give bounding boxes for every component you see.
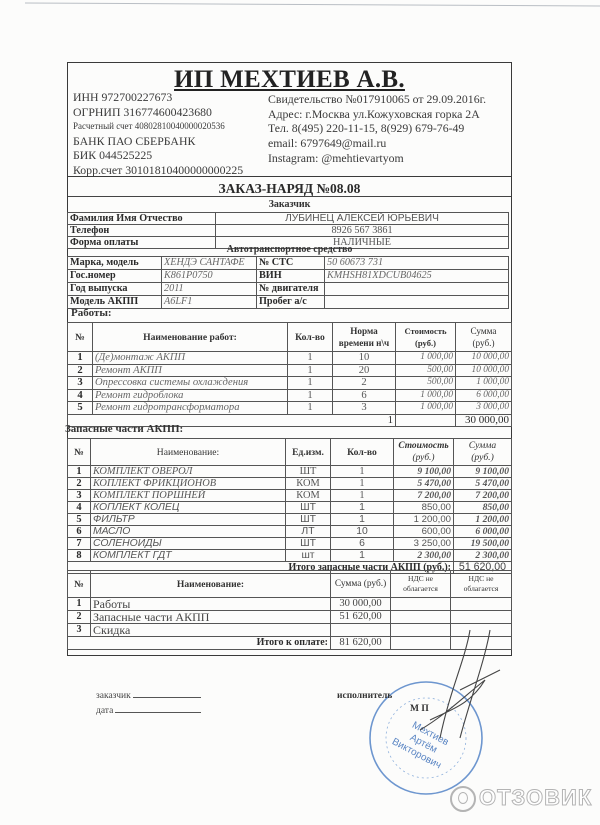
table-row: Фамилия Имя Отчество ЛУБИНЕЦ АЛЕКСЕЙ ЮРЬ…	[68, 213, 509, 225]
table-row: 1КОМПЛЕКТ ОВЕРОЛШТ19 100,009 100,00	[68, 466, 512, 478]
col-sum: Сумма(руб.)	[456, 323, 512, 352]
row-num: 4	[68, 502, 91, 514]
customer-phone-value: 8926 567 3861	[216, 225, 509, 237]
bik: БИК 044525225	[73, 148, 243, 163]
part-qty: 1	[331, 550, 394, 562]
part-cost: 1 200,00	[394, 514, 454, 526]
summary-item-sum	[331, 624, 391, 637]
summary-total-label: Итого к оплате:	[68, 637, 331, 650]
part-sum: 850,00	[454, 502, 512, 514]
col-num: №	[68, 571, 91, 598]
company-requisites: ИНН 972700227673 ОГРНИП 316774600423680 …	[73, 90, 243, 178]
vin-value: KMHSH81XDCUB04625	[325, 270, 509, 283]
row-num: 2	[68, 478, 91, 490]
work-qty: 1	[288, 364, 333, 377]
col-cost: Стоимость(руб.)	[394, 439, 454, 466]
instagram: Instagram: @mehtievartyom	[268, 151, 486, 166]
summary-total: 81 620,00	[331, 637, 391, 650]
col-unit: Ед.изм.	[286, 439, 331, 466]
work-qty: 1	[288, 402, 333, 415]
part-name: КОМПЛЕКТ ГДТ	[91, 550, 286, 562]
company-header: ИП МЕХТИЕВ А.В. ИНН 972700227673 ОГРНИП …	[67, 62, 512, 177]
work-norm: 2	[333, 377, 396, 390]
executor-label: исполнитель	[337, 691, 392, 701]
row-num: 3	[68, 377, 93, 390]
engine-number-label: № двигателя	[257, 283, 325, 296]
table-row: Гос.номер К861Р0750 ВИН KMHSH81XDCUB0462…	[68, 270, 509, 283]
work-order: ЗАКАЗ-НАРЯД №08.08 Заказчик Фамилия Имя …	[67, 176, 512, 656]
date-signature: дата	[96, 706, 201, 716]
gearbox-model-value: A6LF1	[162, 296, 257, 309]
table-row: 5ФИЛЬТРШТ11 200,001 200,00	[68, 514, 512, 526]
works-total: 30 000,00	[456, 414, 512, 427]
vehicle-table: Марка, модель ХЁНДЭ САНТАФЕ № СТС 50 606…	[67, 256, 509, 309]
col-sum: Сумма (руб.)	[331, 571, 391, 598]
part-name: ФИЛЬТР	[91, 514, 286, 526]
inn: ИНН 972700227673	[73, 90, 243, 105]
otzovik-logo-icon	[450, 786, 476, 812]
row-num: 3	[68, 490, 91, 502]
part-sum: 1 200,00	[454, 514, 512, 526]
work-cost: 500,00	[396, 377, 456, 390]
part-unit: КОМ	[286, 490, 331, 502]
signature-line	[133, 697, 201, 698]
part-cost: 3 250,00	[394, 538, 454, 550]
col-sum: Сумма(руб.)	[454, 439, 512, 466]
table-row: 3КОМПЛЕКТ ПОРШНЕЙКОМ17 200,007 200,00	[68, 490, 512, 502]
work-sum: 10 000,00	[456, 352, 512, 365]
part-qty: 1	[331, 490, 394, 502]
table-row: 6МАСЛОЛТ10600,006 000,00	[68, 526, 512, 538]
row-num: 1	[68, 466, 91, 478]
col-name: Наименование:	[91, 571, 331, 598]
part-unit: шт	[286, 550, 331, 562]
work-norm: 3	[333, 402, 396, 415]
col-qty: Кол-во	[288, 323, 333, 352]
part-unit: ШТ	[286, 502, 331, 514]
table-row: Модель АКПП A6LF1 Пробег а/с	[68, 296, 509, 309]
col-qty: Кол-во	[331, 439, 394, 466]
phones: Тел. 8(495) 220-11-15, 8(929) 679-76-49	[268, 121, 486, 136]
part-cost: 600,00	[394, 526, 454, 538]
vin-label: ВИН	[257, 270, 325, 283]
parts-table: № Наименование: Ед.изм. Кол-во Стоимость…	[67, 438, 512, 574]
divider	[68, 196, 511, 197]
work-cost: 1 000,00	[396, 352, 456, 365]
col-num: №	[68, 323, 93, 352]
work-norm: 10	[333, 352, 396, 365]
table-row: 1(Де)монтаж АКПП1101 000,0010 000,00	[68, 352, 512, 365]
work-qty: 1	[288, 389, 333, 402]
part-sum: 2 300,00	[454, 550, 512, 562]
summary-item-sum: 51 620,00	[331, 611, 391, 624]
plate-label: Гос.номер	[68, 270, 162, 283]
row-num: 7	[68, 538, 91, 550]
col-name: Наименование работ:	[93, 323, 288, 352]
part-qty: 1	[331, 502, 394, 514]
summary-item-name: Работы	[91, 598, 331, 611]
part-cost: 5 470,00	[394, 478, 454, 490]
year-value: 2011	[162, 283, 257, 296]
part-name: КОМПЛЕКТ ПОРШНЕЙ	[91, 490, 286, 502]
work-cost: 1 000,00	[396, 402, 456, 415]
part-unit: ЛТ	[286, 526, 331, 538]
sts-value: 50 60673 731	[325, 257, 509, 270]
part-name: СОЛЕНОИДЫ	[91, 538, 286, 550]
work-qty: 1	[288, 352, 333, 365]
table-row: 2КОПЛЕКТ ФРИКЦИОНОВКОМ15 470,005 470,00	[68, 478, 512, 490]
row-num: 5	[68, 402, 93, 415]
table-row: 1Работы30 000,00	[68, 598, 512, 611]
works-rows: 1(Де)монтаж АКПП1101 000,0010 000,002Рем…	[68, 352, 512, 415]
part-sum: 6 000,00	[454, 526, 512, 538]
work-sum: 3 000,00	[456, 402, 512, 415]
part-qty: 1	[331, 478, 394, 490]
part-qty: 6	[331, 538, 394, 550]
plate-value: К861Р0750	[162, 270, 257, 283]
col-cost: Стоимость(руб.)	[396, 323, 456, 352]
bank-name: БАНК ПАО СБЕРБАНК	[73, 134, 243, 149]
work-name: (Де)монтаж АКПП	[93, 352, 288, 365]
row-num: 1	[68, 352, 93, 365]
address: Адрес: г.Москва ул.Кожуховская горка 2А	[268, 107, 486, 122]
table-row: 3Опрессовка системы охлаждения12500,001 …	[68, 377, 512, 390]
make-model-value: ХЁНДЭ САНТАФЕ	[162, 257, 257, 270]
customer-name-value: ЛУБИНЕЦ АЛЕКСЕЙ ЮРЬЕВИЧ	[216, 213, 509, 225]
works-table: № Наименование работ: Кол-во Нормавремен…	[67, 322, 512, 427]
customer-phone-label: Телефон	[68, 225, 216, 237]
col-vat-1: НДС необлагается	[391, 571, 451, 598]
table-header-row: № Наименование работ: Кол-во Нормавремен…	[68, 323, 512, 352]
work-name: Ремонт гидроблока	[93, 389, 288, 402]
part-unit: КОМ	[286, 478, 331, 490]
work-name: Опрессовка системы охлаждения	[93, 377, 288, 390]
table-row: 8КОМПЛЕКТ ГДТшт12 300,002 300,00	[68, 550, 512, 562]
work-qty: 1	[288, 377, 333, 390]
table-row: Телефон 8926 567 3861	[68, 225, 509, 237]
part-unit: ШТ	[286, 466, 331, 478]
col-name: Наименование:	[91, 439, 286, 466]
col-vat-2: НДС необлагается	[451, 571, 512, 598]
part-cost: 9 100,00	[394, 466, 454, 478]
part-unit: ШТ	[286, 514, 331, 526]
parts-section-title: Запасные части АКПП:	[65, 423, 183, 435]
row-num: 3	[68, 624, 91, 637]
row-num: 4	[68, 389, 93, 402]
part-name: КОПЛЕКТ КОЛЕЦ	[91, 502, 286, 514]
order-title: ЗАКАЗ-НАРЯД №08.08	[68, 181, 511, 197]
table-header-row: № Наименование: Ед.изм. Кол-во Стоимость…	[68, 439, 512, 466]
row-num: 1	[68, 598, 91, 611]
work-sum: 6 000,00	[456, 389, 512, 402]
table-row: 4Ремонт гидроблока161 000,006 000,00	[68, 389, 512, 402]
vehicle-section-title: Автотранспортное средство	[68, 244, 511, 255]
work-name: Ремонт гидротрансформатора	[93, 402, 288, 415]
part-qty: 1	[331, 514, 394, 526]
part-cost: 850,00	[394, 502, 454, 514]
row-num: 2	[68, 611, 91, 624]
part-cost: 7 200,00	[394, 490, 454, 502]
part-sum: 19 500,00	[454, 538, 512, 550]
table-row: Марка, модель ХЁНДЭ САНТАФЕ № СТС 50 606…	[68, 257, 509, 270]
customer-name-label: Фамилия Имя Отчество	[68, 213, 216, 225]
spacer	[396, 414, 456, 427]
table-row: 4КОПЛЕКТ КОЛЕЦШТ1850,00850,00	[68, 502, 512, 514]
email: email: 6797649@mail.ru	[268, 136, 486, 151]
work-sum: 1 000,00	[456, 377, 512, 390]
table-row: 5Ремонт гидротрансформатора131 000,003 0…	[68, 402, 512, 415]
mileage-label: Пробег а/с	[257, 296, 325, 309]
signature-line	[115, 712, 201, 713]
customer-section-title: Заказчик	[68, 199, 511, 210]
table-header-row: № Наименование: Сумма (руб.) НДС необлаг…	[68, 571, 512, 598]
part-sum: 7 200,00	[454, 490, 512, 502]
row-num: 5	[68, 514, 91, 526]
part-name: КОПЛЕКТ ФРИКЦИОНОВ	[91, 478, 286, 490]
work-cost: 500,00	[396, 364, 456, 377]
table-row: 2Ремонт АКПП120500,0010 000,00	[68, 364, 512, 377]
summary-item-sum: 30 000,00	[331, 598, 391, 611]
col-norm: Нормавремени н\ч	[333, 323, 396, 352]
part-qty: 1	[331, 466, 394, 478]
bank-account: Расчетный счет 40802810040000020536	[73, 119, 243, 134]
make-model-label: Марка, модель	[68, 257, 162, 270]
part-name: МАСЛО	[91, 526, 286, 538]
table-row: Год выпуска 2011 № двигателя	[68, 283, 509, 296]
work-norm: 6	[333, 389, 396, 402]
mileage-value	[325, 296, 509, 309]
work-sum: 10 000,00	[456, 364, 512, 377]
row-num: 2	[68, 364, 93, 377]
part-cost: 2 300,00	[394, 550, 454, 562]
engine-number-value	[325, 283, 509, 296]
part-name: КОМПЛЕКТ ОВЕРОЛ	[91, 466, 286, 478]
works-section-title: Работы:	[71, 307, 112, 319]
part-sum: 5 470,00	[454, 478, 512, 490]
part-unit: ШТ	[286, 538, 331, 550]
sts-label: № СТС	[257, 257, 325, 270]
certificate: Свидетельство №017910065 от 29.09.2016г.	[268, 92, 486, 107]
work-name: Ремонт АКПП	[93, 364, 288, 377]
watermark: ОТЗОВИК	[450, 785, 592, 812]
vat-cell	[451, 598, 512, 611]
work-cost: 1 000,00	[396, 389, 456, 402]
customer-signature: заказчик	[96, 691, 201, 701]
company-contacts: Свидетельство №017910065 от 29.09.2016г.…	[268, 92, 486, 166]
part-qty: 10	[331, 526, 394, 538]
year-label: Год выпуска	[68, 283, 162, 296]
part-sum: 9 100,00	[454, 466, 512, 478]
summary-item-name: Скидка	[91, 624, 331, 637]
work-norm: 20	[333, 364, 396, 377]
row-num: 6	[68, 526, 91, 538]
table-row: 7СОЛЕНОИДЫШТ63 250,0019 500,00	[68, 538, 512, 550]
scan-edge	[25, 2, 600, 6]
vat-cell	[391, 598, 451, 611]
parts-rows: 1КОМПЛЕКТ ОВЕРОЛШТ19 100,009 100,002КОПЛ…	[68, 466, 512, 562]
row-num: 8	[68, 550, 91, 562]
col-num: №	[68, 439, 91, 466]
signature-scribble-icon	[390, 620, 510, 740]
summary-item-name: Запасные части АКПП	[91, 611, 331, 624]
ogrnip: ОГРНИП 316774600423680	[73, 105, 243, 120]
